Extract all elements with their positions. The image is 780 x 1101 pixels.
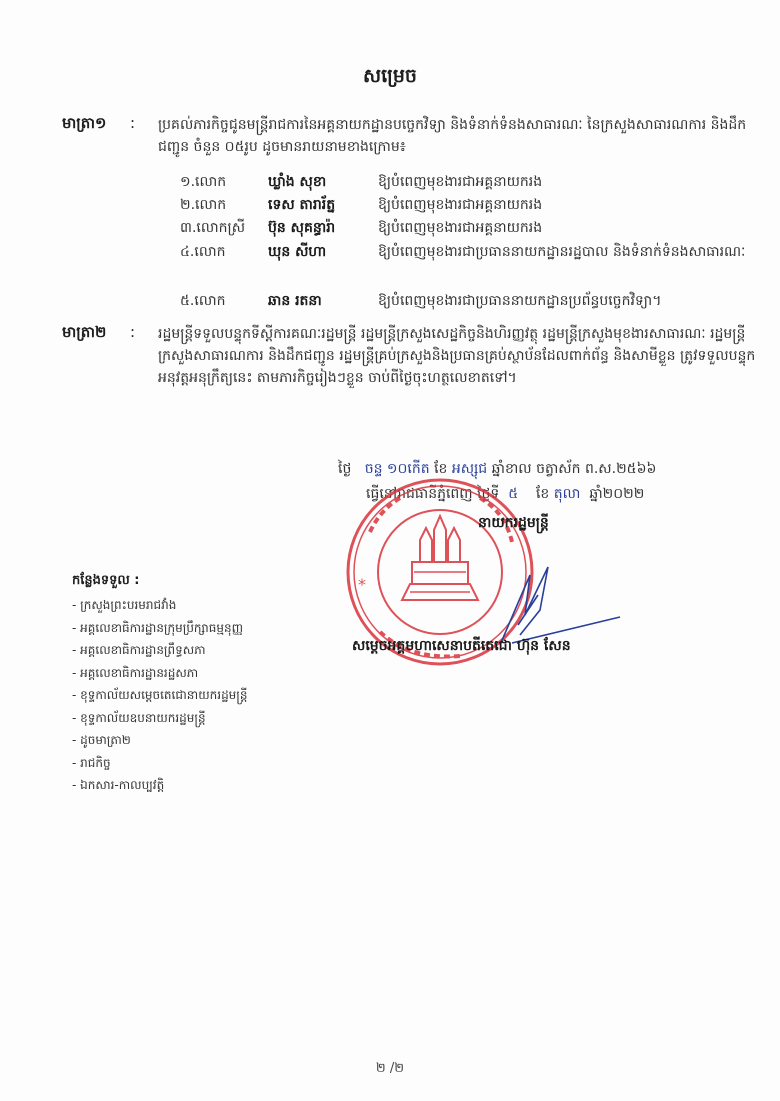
appointee-role: ឱ្យបំពេញមុខងារជាប្រធាននាយកដ្ឋានរដ្ឋបាល ន… [378, 241, 778, 263]
document-page: សម្រេច មាត្រា១ : ប្រគល់ភារកិច្ចជូនមន្ត្រ… [0, 0, 780, 1101]
appointee-name: ឃុន សីហា [268, 241, 378, 263]
page-number: ២ /២ [0, 1060, 780, 1079]
recipient-item: - អគ្គលេខាធិការដ្ឋានព្រឹទ្ធសភា [72, 639, 248, 662]
recipients-list: - ក្រសួងព្រះបរមរាជវាំង - អគ្គលេខាធិការដ្… [72, 594, 248, 797]
article-1-text: ប្រគល់ភារកិច្ចជូនមន្ត្រីរាជការនៃអគ្គនាយក… [158, 114, 768, 158]
appointee-name: ប៊ុន សុគន្ធារ៉ា [268, 217, 378, 239]
recipients-heading: កន្លែងទទួល : [72, 572, 140, 591]
article-2-text: រដ្ឋមន្ត្រីទទួលបន្ទុកទីស្តីការគណៈរដ្ឋមន្… [158, 323, 768, 389]
appointee-role: ឱ្យបំពេញមុខងារជាប្រធាននាយកដ្ឋានប្រព័ន្ធប… [378, 290, 778, 312]
signatory-name: សម្តេចអគ្គមហាសេនាបតីតេជោ ហ៊ុន សែន [352, 636, 571, 657]
solar-month: តុលា [554, 486, 581, 502]
appointee-number-title: ១.លោក [180, 171, 260, 193]
recipient-item: - ខុទ្ទកាល័យឧបនាយករដ្ឋមន្ត្រី [72, 707, 248, 730]
appointee-number-title: ៥.លោក [180, 290, 260, 312]
article-1-label: មាត្រា១ [62, 114, 106, 136]
article-2-label: មាត្រា២ [62, 323, 106, 345]
signatory-title: នាយករដ្ឋមន្ត្រី [478, 513, 549, 534]
article-1-colon: : [130, 114, 135, 132]
svg-text:*: * [358, 575, 366, 594]
recipient-item: - រាជកិច្ច [72, 752, 248, 775]
appointee-role: ឱ្យបំពេញមុខងារជាអគ្គនាយករង [378, 194, 778, 216]
appointee-name: ឃ្លាំង សុខា [268, 171, 378, 193]
appointee-role: ឱ្យបំពេញមុខងារជាអគ្គនាយករង [378, 171, 778, 193]
appointee-name: ឆាន រតនា [268, 290, 378, 312]
recipient-item: - អគ្គលេខាធិការដ្ឋានរដ្ឋសភា [72, 662, 248, 685]
recipient-item: - ឯកសារ-កាលប្បវត្តិ [72, 774, 248, 797]
appointee-number-title: ៤.លោក [180, 241, 260, 263]
appointee-number-title: ២.លោក [180, 194, 260, 216]
article-2-colon: : [130, 323, 135, 341]
recipient-item: - ខុទ្ទកាល័យសម្តេចតេជោនាយករដ្ឋមន្ត្រី [72, 684, 248, 707]
appointee-role: ឱ្យបំពេញមុខងារជាអគ្គនាយករង [378, 217, 778, 239]
appointee-number-title: ៣.លោកស្រី [180, 217, 260, 239]
appointee-name: ទេស តារារ័ត្ន [268, 194, 378, 216]
recipient-item: - ក្រសួងព្រះបរមរាជវាំង [72, 594, 248, 617]
decision-heading: សម្រេច [0, 64, 780, 92]
recipient-item: - ដូចមាត្រា២ [72, 729, 248, 752]
recipient-item: - អគ្គលេខាធិការដ្ឋានក្រុមប្រឹក្សាធម្មនុញ… [72, 617, 248, 640]
